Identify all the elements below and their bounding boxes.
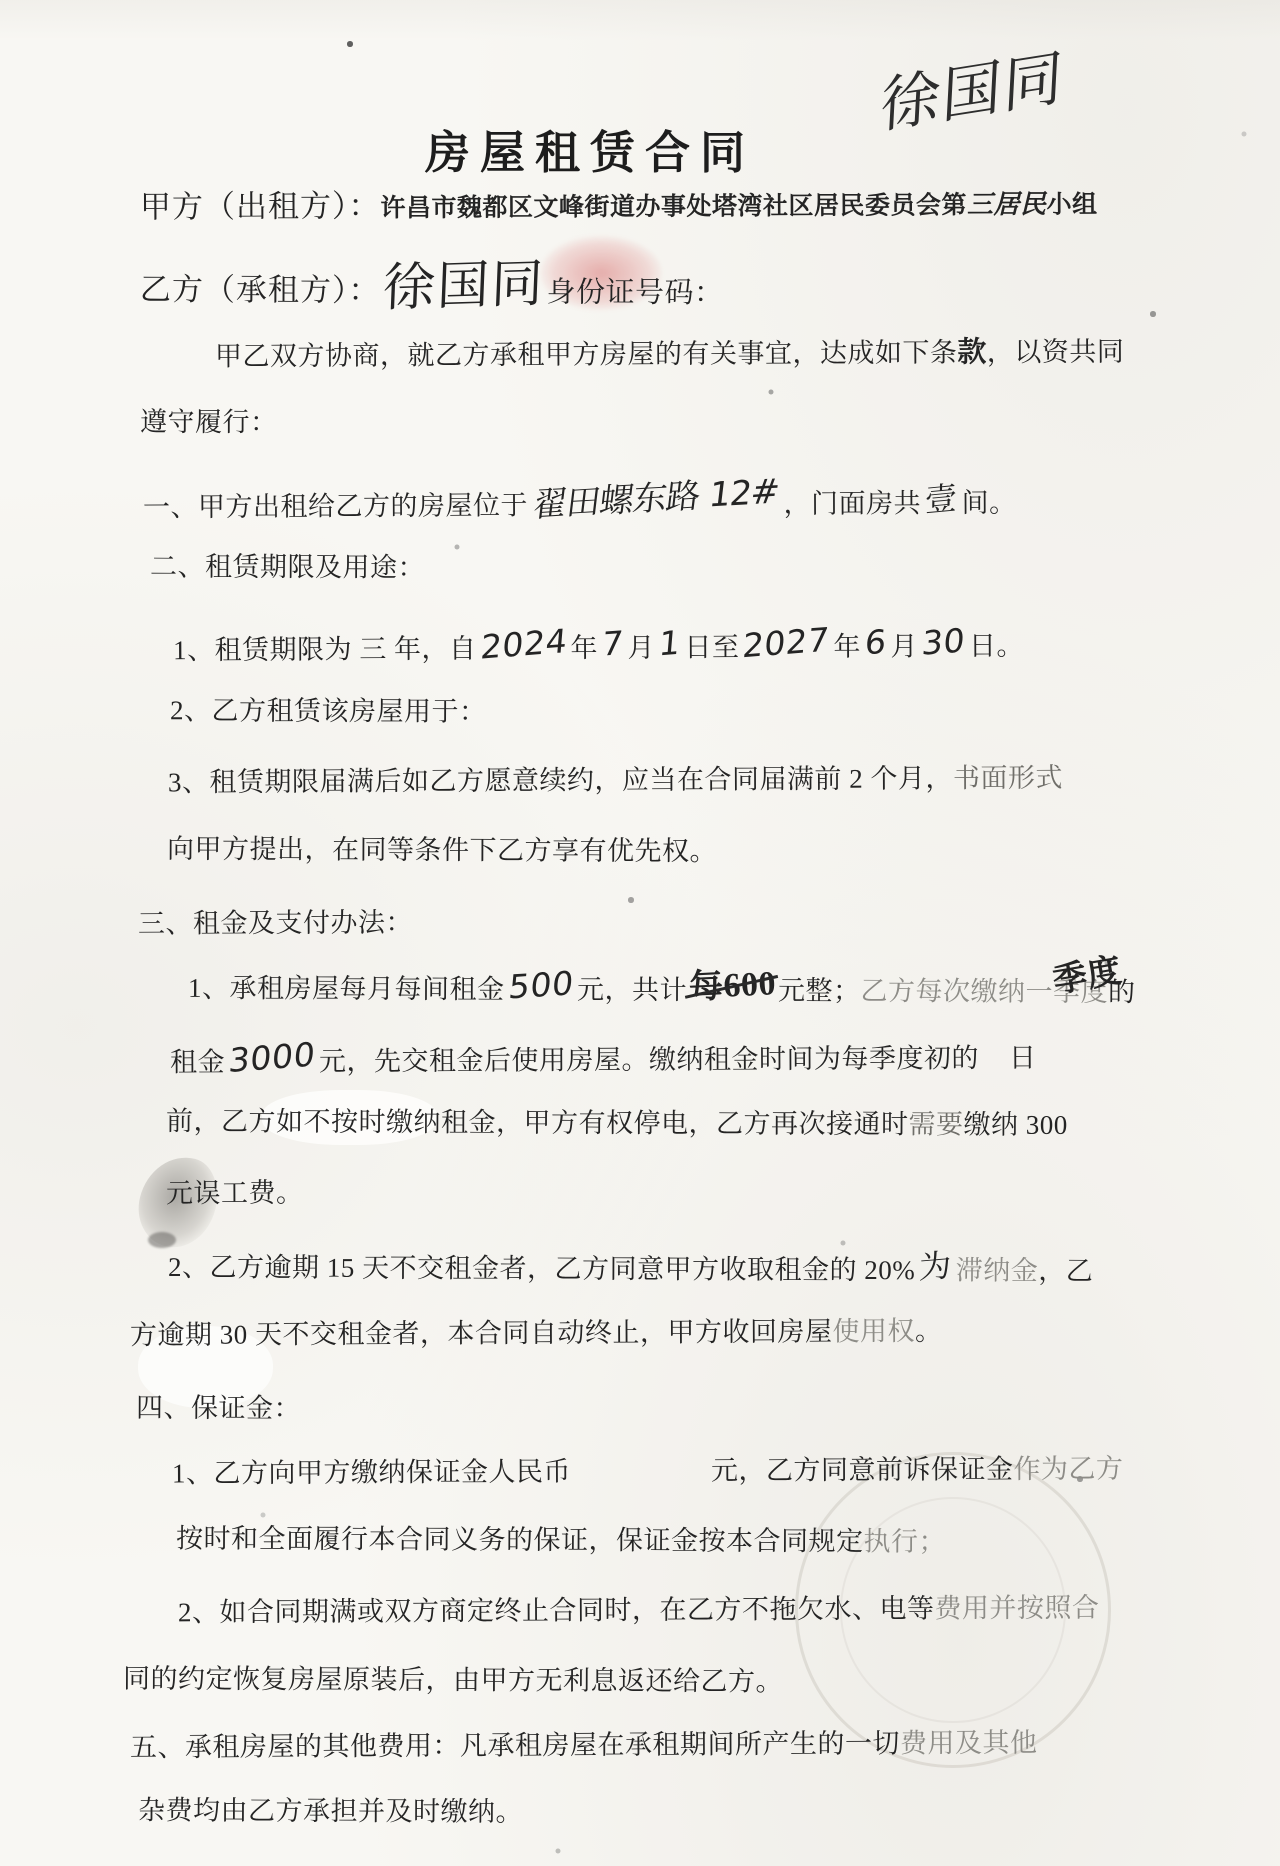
- handwritten-quarter-rent: 3000: [227, 1034, 317, 1082]
- clause-2-item-3-line-2: 向甲方提出，在同等条件下乙方享有优先权。: [167, 833, 717, 869]
- clause-2-item-3-text: 3、租赁期限届满后如乙方愿意续约，应当在合同届满前 2 个月，: [168, 763, 953, 797]
- rent-mid-2: 元整；: [778, 976, 861, 1006]
- clause-1-end: 间。: [962, 488, 1017, 518]
- day-suffix: 日: [1009, 1043, 1037, 1073]
- blank-deposit-field: [571, 1480, 711, 1481]
- clause-3-item-1-line-3: 前，乙方如不按时缴纳租金，甲方有权停电，乙方再次接通时需要缴纳 300: [166, 1105, 1068, 1143]
- late-pay-text: 前，乙方如不按时缴纳租金，甲方有权停电，乙方再次接通时: [166, 1106, 909, 1139]
- late-pay-end: 缴纳 300: [963, 1110, 1067, 1140]
- preamble-text: 甲乙双方协商，就乙方承租甲方房屋的有关事宜，达成如下条: [215, 337, 958, 371]
- party-b-id-label: 身份证号码：: [546, 277, 723, 310]
- clause-2-item-3-line-1: 3、租赁期限届满后如乙方愿意续约，应当在合同届满前 2 个月，书面形式: [168, 762, 1063, 800]
- party-a-value: 许昌市魏都区文峰街道办事处塔湾社区居民委员会第: [380, 192, 967, 222]
- rent-pre: 1、承租房屋每月每间租金: [188, 973, 505, 1004]
- party-b-line: 乙方（承租方）：徐国同身份证号码：: [140, 251, 724, 319]
- overdue-15-text: 2、乙方逾期 15 天不交租金者，乙方同意甲方收取租金的 20%: [168, 1252, 915, 1285]
- handwritten-total-scribble: 每600: [688, 963, 777, 1010]
- clause-4-item-2-line-2: 同的约定恢复房屋原装后，由甲方无利息返还给乙方。: [123, 1663, 783, 1700]
- termination-faint: 费用并按照合: [934, 1593, 1099, 1624]
- clause-1-mid: ，门面房共: [783, 488, 921, 519]
- party-a-label: 甲方（出租方）：: [140, 188, 381, 224]
- clause-3-item-1-line-2: 租金3000元，先交租金后使用房屋。缴纳租金时间为每季度初的日: [170, 1035, 1037, 1081]
- clause-2-heading: 二、租赁期限及用途：: [150, 550, 425, 585]
- clause-2-item-1: 1、租赁期限为 三 年，自2024年7月1日至2027年6月30日。: [173, 623, 1024, 669]
- party-b-name-handwritten: 徐国同: [381, 252, 545, 322]
- preamble-text-end: ，以资共同: [987, 337, 1125, 368]
- handwritten-location: 翟田螺东路 12#: [531, 471, 781, 528]
- handwritten-wei-char: 为: [919, 1245, 953, 1288]
- clause-4-heading-text: 四、保证金：: [136, 1393, 301, 1424]
- preamble-emphasized-char: 款: [957, 336, 987, 368]
- clause-4-item-1-line-2: 按时和全面履行本合同义务的保证，保证金按本合同规定执行；: [176, 1522, 946, 1559]
- clause-5-line-2: 杂费均由乙方承担并及时缴纳。: [138, 1794, 523, 1829]
- day-label-2: 日。: [969, 631, 1024, 661]
- clause-3-item-2-line-2: 方逾期 30 天不交租金者，本合同自动终止，甲方收回房屋使用权。: [130, 1315, 943, 1353]
- rent-faint: 乙方每次缴纳一: [860, 976, 1053, 1007]
- clause-4-item-2-line-1: 2、如合同期满或双方商定终止合同时，在乙方不拖欠水、电等费用并按照合: [178, 1592, 1100, 1631]
- party-a-line: 甲方（出租方）：许昌市魏都区文峰街道办事处塔湾社区居民委员会第三居民小组: [140, 183, 1098, 227]
- handwritten-start-month: 7: [600, 622, 625, 665]
- party-b-label: 乙方（承租方）：: [140, 272, 381, 308]
- other-fees-text: 五、承租房屋的其他费用：凡承租房屋在承租期间所产生的一切: [130, 1728, 900, 1762]
- overdue-30-text: 方逾期 30 天不交租金者，本合同自动终止，甲方收回房屋: [130, 1316, 833, 1350]
- clause-3-heading-text: 三、租金及支付办法：: [138, 907, 413, 938]
- deposit-mid: 元，乙方同意前诉保证金: [711, 1454, 1014, 1486]
- party-a-group-handwritten: 三居民: [967, 190, 1047, 219]
- overdue-15-faint: 滞纳金: [956, 1255, 1039, 1285]
- overdue-30-end: 。: [915, 1316, 943, 1346]
- scan-specks: [0, 0, 2, 2]
- preamble-line-1: 甲乙双方协商，就乙方承租甲方房屋的有关事宜，达成如下条款，以资共同: [215, 334, 1125, 375]
- term-text: 1、租赁期限为 三 年，自: [173, 634, 477, 666]
- preamble-text-2: 遵守履行：: [140, 407, 278, 438]
- clause-3-item-2-line-1: 2、乙方逾期 15 天不交租金者，乙方同意甲方收取租金的 20%为滞纳金，乙: [168, 1245, 1093, 1289]
- to-label: 日至: [684, 632, 739, 662]
- other-fees-faint: 费用及其他: [900, 1728, 1038, 1759]
- overdue-15-end: ，乙: [1038, 1256, 1093, 1286]
- clause-2-item-3-faint: 书面形式: [953, 763, 1063, 794]
- handwritten-end-day: 30: [920, 620, 967, 664]
- month-label: 月: [627, 633, 655, 663]
- termination-text: 2、如合同期满或双方商定终止合同时，在乙方不拖欠水、电等: [178, 1593, 935, 1627]
- clause-5-line-1: 五、承租房屋的其他费用：凡承租房屋在承租期间所产生的一切费用及其他: [130, 1727, 1038, 1766]
- handwritten-end-year: 2027: [741, 619, 831, 667]
- party-a-value-suffix: 小组: [1046, 191, 1097, 218]
- overdue-30-faint: 使用权: [832, 1316, 915, 1346]
- clause-3-item-1-line-1: 1、承租房屋每月每间租金500元，共计每600元整；乙方每次缴纳一季度季度的: [188, 965, 1136, 1013]
- year-label-2: 年: [833, 632, 861, 662]
- deposit-faint: 作为乙方: [1013, 1454, 1123, 1485]
- deposit-line-2: 按时和全面履行本合同义务的保证，保证金按本合同规定: [176, 1523, 864, 1556]
- quarter-term: 季度季度: [1053, 976, 1108, 1010]
- rent-mid: 元，共计: [577, 975, 687, 1005]
- deposit-line-2-faint: 执行；: [863, 1526, 946, 1556]
- late-pay-faint: 需要: [908, 1109, 963, 1139]
- handwritten-room-count: 壹: [925, 478, 958, 521]
- handwritten-end-month: 6: [863, 621, 888, 664]
- handwritten-start-year: 2024: [478, 620, 568, 668]
- contract-title: 房屋租赁合同: [0, 116, 1180, 181]
- clause-4-heading: 四、保证金：: [136, 1392, 301, 1426]
- clause-3-item-1-line-4: 元误工费。: [166, 1177, 304, 1211]
- quarter-rent-pre: 租金: [170, 1047, 225, 1077]
- clause-2-heading-text: 二、租赁期限及用途：: [150, 551, 425, 582]
- clause-2-item-2-text: 2、乙方租赁该房屋用于：: [170, 695, 487, 726]
- deposit-pre: 1、乙方向甲方缴纳保证金人民币: [172, 1456, 571, 1488]
- clause-2-item-2: 2、乙方租赁该房屋用于：: [170, 694, 487, 729]
- year-label: 年: [570, 633, 598, 663]
- scanned-contract-page: 徐国同 房屋租赁合同 甲方（出租方）：许昌市魏都区文峰街道办事处塔湾社区居民委员…: [0, 0, 1280, 1866]
- clause-2-item-3-text-2: 向甲方提出，在同等条件下乙方享有优先权。: [167, 834, 717, 866]
- handwritten-monthly-rent: 500: [506, 962, 575, 1007]
- handwritten-start-day: 1: [657, 622, 682, 665]
- delay-fee-text: 元误工费。: [166, 1178, 304, 1209]
- clause-1-pre: 一、甲方出租给乙方的房屋位于: [143, 490, 528, 522]
- preamble-line-2: 遵守履行：: [140, 406, 278, 440]
- month-label-2: 月: [890, 631, 918, 661]
- quarter-rent-mid: 元，先交租金后使用房屋。缴纳租金时间为每季度初的: [319, 1043, 979, 1076]
- refund-text: 同的约定恢复房屋原装后，由甲方无利息返还给乙方。: [123, 1664, 783, 1697]
- clause-4-item-1-line-1: 1、乙方向甲方缴纳保证金人民币元，乙方同意前诉保证金作为乙方: [172, 1453, 1124, 1492]
- other-fees-text-2: 杂费均由乙方承担并及时缴纳。: [138, 1795, 523, 1827]
- clause-1-line: 一、甲方出租给乙方的房屋位于翟田螺东路 12#，门面房共壹间。: [143, 480, 1017, 527]
- clause-3-heading: 三、租金及支付办法：: [138, 906, 413, 941]
